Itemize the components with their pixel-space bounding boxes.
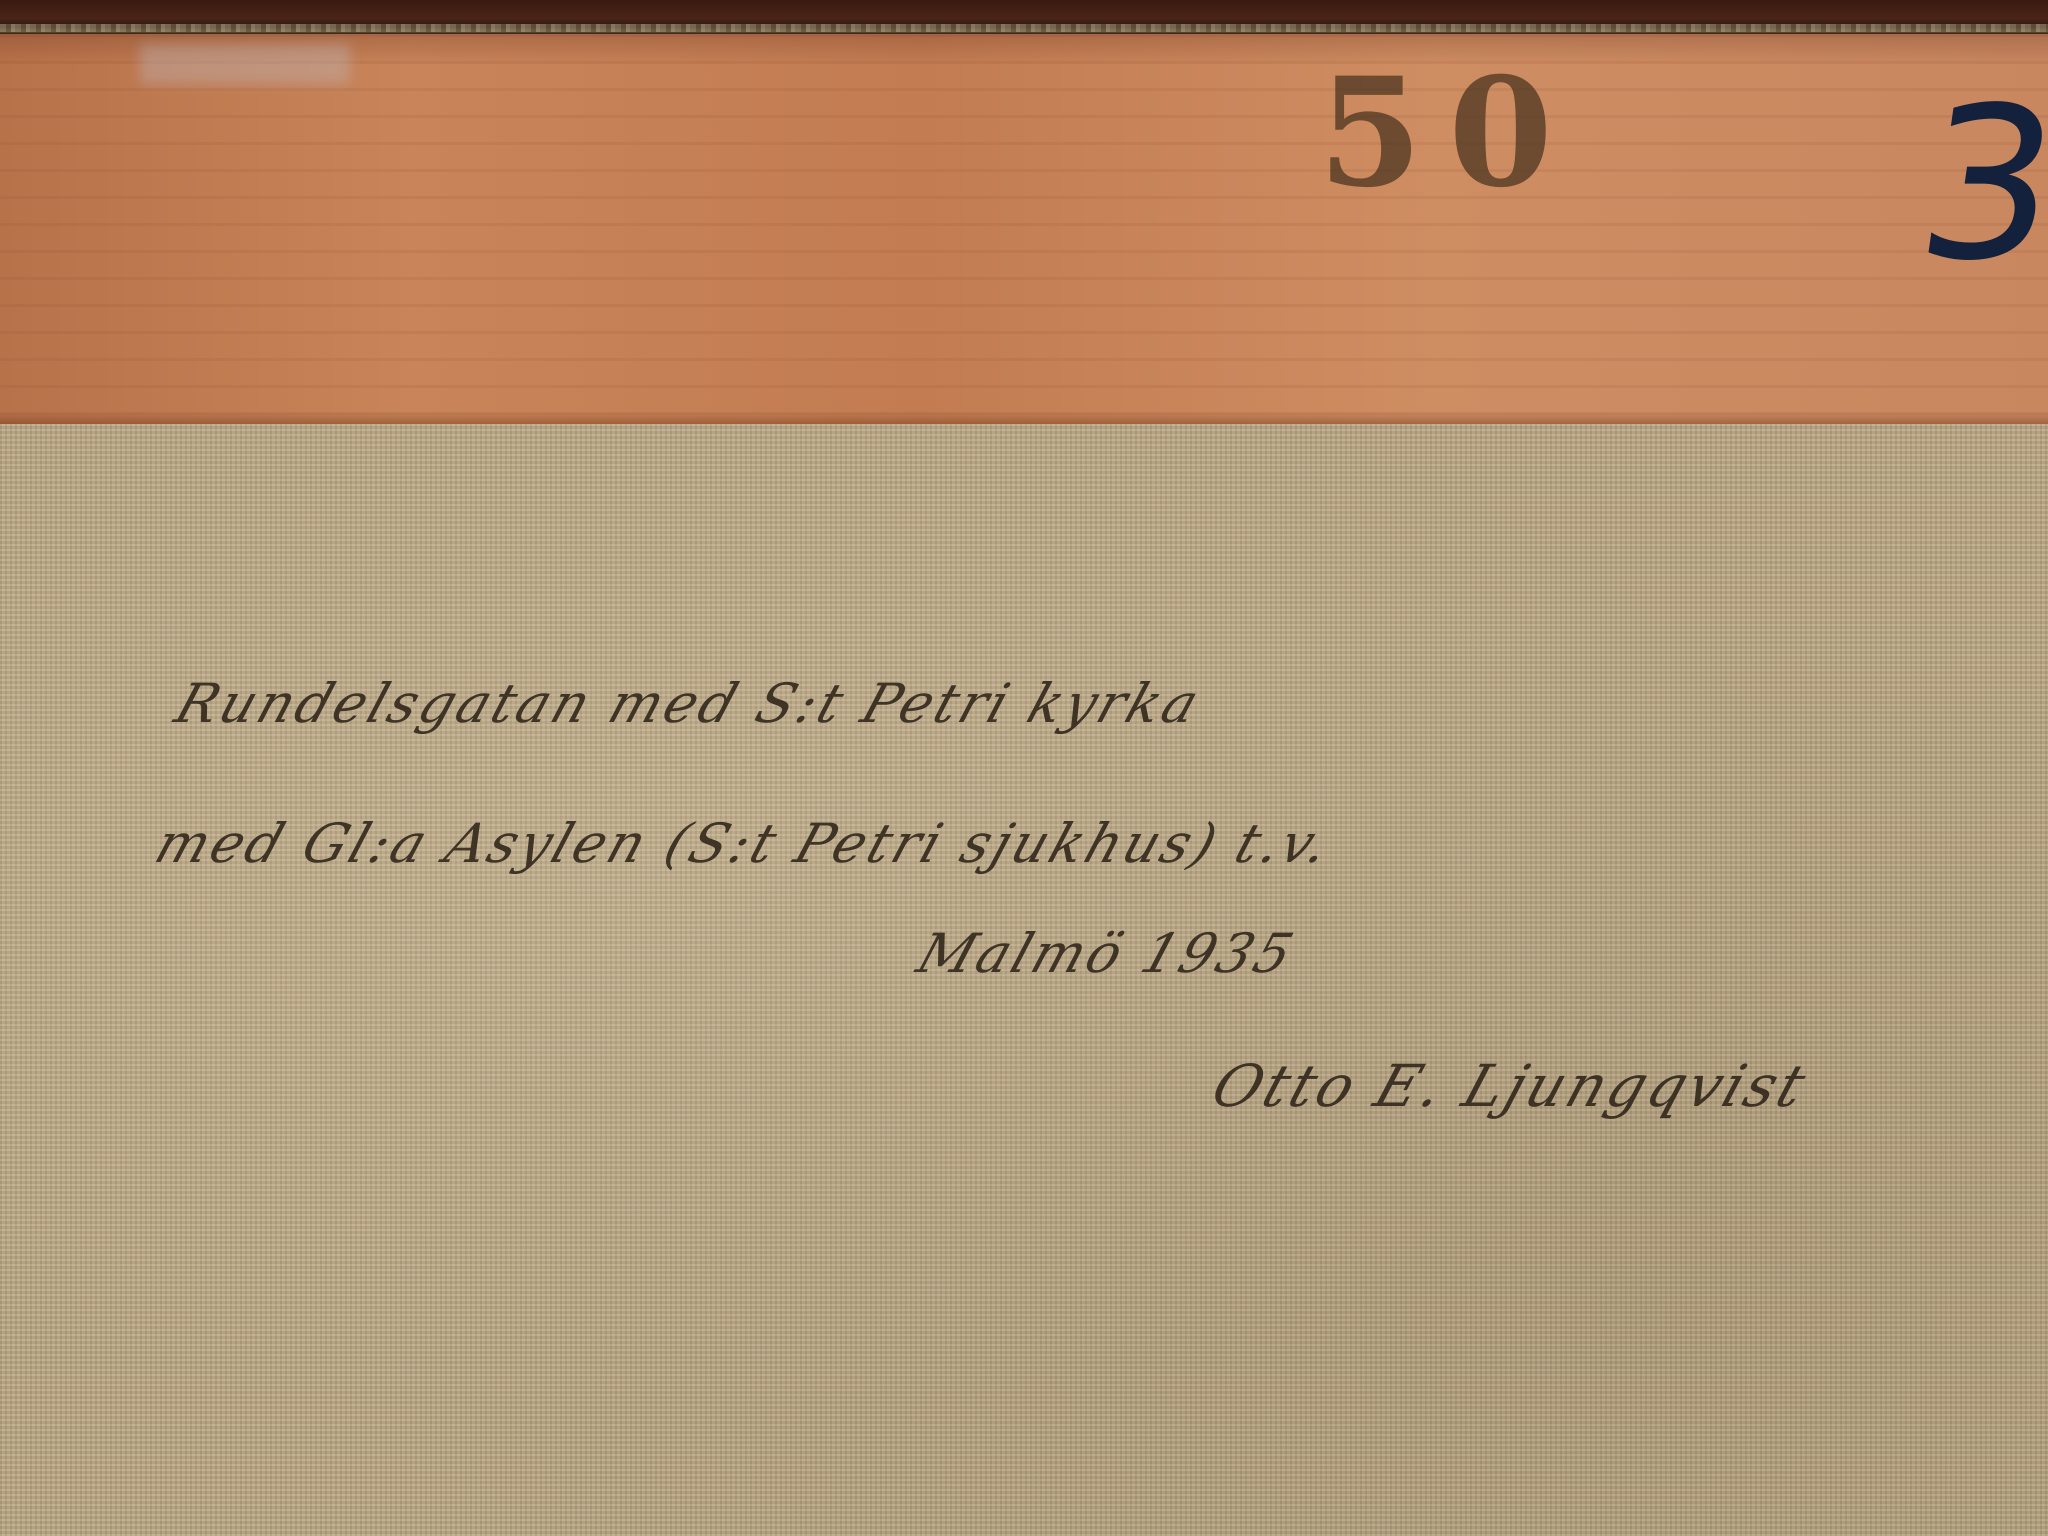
inscription-line-1: Rundelsgatan med S:t Petri kyrka xyxy=(168,672,1210,735)
stencil-number: 50 xyxy=(1318,58,1579,208)
inscription-line-2: med Gl:a Asylen (S:t Petri sjukhus) t.v. xyxy=(148,812,1340,875)
worn-patch xyxy=(140,44,350,84)
canvas-fringe xyxy=(0,24,2048,32)
stretcher-shadow xyxy=(0,412,2048,424)
artist-signature: Otto E. Ljungqvist xyxy=(1204,1052,1817,1120)
inscription-line-3: Malmö 1935 xyxy=(910,922,1304,985)
wooden-stretcher-bar xyxy=(0,34,2048,424)
